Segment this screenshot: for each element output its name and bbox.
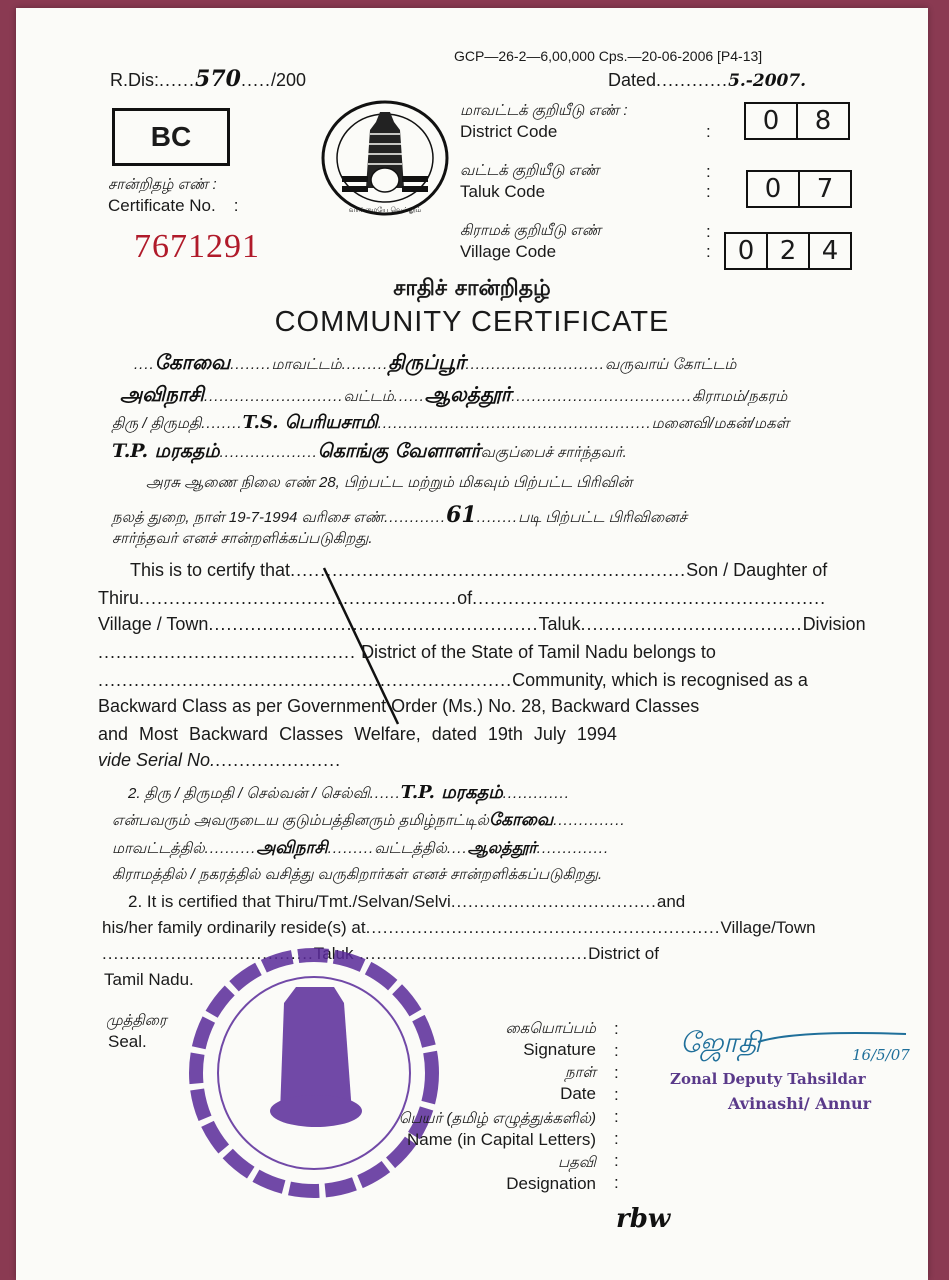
district-code-box: 0 8 bbox=[744, 102, 850, 140]
signature-date: 16/5/07 bbox=[852, 1046, 910, 1064]
code-digit: 4 bbox=[808, 234, 850, 268]
tamil-para-1: அரசு ஆணை நிலை எண் 28, பிற்பட்ட மற்றும் ம… bbox=[146, 474, 632, 493]
code-digit: 2 bbox=[766, 234, 808, 268]
tamil-line-community: T.P. மரகதம்...................கொங்கு வேள… bbox=[112, 440, 627, 465]
category-box: BC bbox=[112, 108, 230, 166]
tamil2-line-3: மாவட்டத்தில்..........அவிநாசி.........வட… bbox=[112, 838, 609, 860]
tamil-line-parent: திரு / திருமதி........T.S. பெரியசாமி....… bbox=[112, 412, 789, 435]
english-line-5: ........................................… bbox=[98, 670, 808, 691]
colon: : bbox=[706, 122, 711, 142]
date-label-en: Date bbox=[436, 1084, 596, 1104]
code-digit: 0 bbox=[726, 234, 766, 268]
taluk-code-label-en: Taluk Code bbox=[460, 182, 545, 202]
village-code-label-en: Village Code bbox=[460, 242, 556, 262]
colon: : bbox=[706, 242, 711, 262]
seal-label-ta: முத்திரை bbox=[106, 1012, 167, 1031]
code-digit: 8 bbox=[796, 104, 848, 138]
official-seal-stamp-icon bbox=[184, 943, 444, 1203]
tamil-para-2: நலத் துறை, நாள் 19-7-1994 வரிசை எண்.....… bbox=[112, 502, 687, 528]
english-line-8: vide Serial No...................... bbox=[98, 750, 341, 771]
rdis-field: R.Dis:......570...../200 bbox=[110, 66, 306, 92]
handwritten-signature: ஜோதி bbox=[680, 1026, 761, 1063]
colon: : bbox=[706, 222, 711, 242]
name-label-ta: பெயர் (தமிழ் எழுத்துக்களில்) bbox=[316, 1110, 596, 1129]
strike-line bbox=[316, 564, 406, 734]
rdis-suffix: /200 bbox=[271, 70, 306, 90]
village-code-box: 0 2 4 bbox=[724, 232, 852, 270]
signature-flourish bbox=[756, 1026, 916, 1046]
code-digit: 7 bbox=[798, 172, 850, 206]
certificate-number: 7671291 bbox=[134, 228, 260, 266]
code-digit: 0 bbox=[746, 104, 796, 138]
seal-label-en: Seal. bbox=[108, 1032, 147, 1052]
rdis-label: R.Dis: bbox=[110, 70, 159, 90]
name-label-en: Name (in Capital Letters) bbox=[316, 1130, 596, 1150]
date-label-ta: நாள் bbox=[436, 1064, 596, 1083]
title-english: COMMUNITY CERTIFICATE bbox=[16, 306, 928, 339]
footer-colons: : : : : : : : : bbox=[614, 1018, 619, 1194]
title-tamil: சாதிச் சான்றிதழ் bbox=[16, 276, 928, 304]
tamil-nadu-emblem-icon: வாய்மையே வெல்லும் bbox=[318, 100, 452, 222]
english2-line-4: Tamil Nadu. bbox=[104, 970, 194, 990]
district-code-label-ta: மாவட்டக் குறியீடு எண் : bbox=[460, 102, 628, 121]
taluk-code-box: 0 7 bbox=[746, 170, 852, 208]
village-code-label-ta: கிராமக் குறியீடு எண் bbox=[460, 222, 601, 241]
district-code-label-en: District Code bbox=[460, 122, 557, 142]
dated-field: Dated............5.-2007. bbox=[608, 70, 806, 91]
tamil2-line-4: கிராமத்தில் / நகரத்தில் வசித்து வருகிறார… bbox=[112, 866, 602, 885]
tamil-line-taluk: அவிநாசி...........................வட்டம்… bbox=[120, 382, 787, 409]
rdis-value: 570 bbox=[195, 66, 241, 92]
certificate-no-label-ta: சான்றிதழ் எண் : bbox=[108, 176, 217, 195]
designation-stamp-line-1: Zonal Deputy Tahsildar bbox=[670, 1070, 866, 1088]
category-code: BC bbox=[151, 121, 191, 153]
designation-label-ta: பதவி bbox=[436, 1154, 596, 1173]
certificate-paper: R.Dis:......570...../200 BC சான்றிதழ் எண… bbox=[16, 8, 928, 1280]
print-code: GCP—26-2—6,00,000 Cps.—20-06-2006 [P4-13… bbox=[454, 48, 762, 64]
designation-label-en: Designation bbox=[436, 1174, 596, 1194]
designation-stamp-line-2: Avinashi/ Annur bbox=[728, 1094, 871, 1113]
english-line-2: Thiru...................................… bbox=[98, 588, 826, 609]
english-line-1: This is to certify that.................… bbox=[130, 560, 827, 581]
svg-text:வாய்மையே வெல்லும்: வாய்மையே வெல்லும் bbox=[349, 206, 422, 214]
colon: : bbox=[706, 182, 711, 202]
handwritten-initials: rbw bbox=[616, 1204, 670, 1234]
tamil-line-district: ....கோவை........மாவட்டம்.........திருப்ப… bbox=[134, 350, 736, 377]
english2-line-2: his/her family ordinarily reside(s) at..… bbox=[102, 918, 816, 938]
colon: : bbox=[706, 162, 711, 182]
signature-label-ta: கையொப்பம் bbox=[436, 1020, 596, 1039]
english-line-3: Village / Town..........................… bbox=[98, 614, 866, 635]
code-digit: 0 bbox=[748, 172, 798, 206]
tamil2-line-1: 2. திரு / திருமதி / செல்வன் / செல்வி....… bbox=[128, 782, 570, 805]
certificate-no-label-en: Certificate No.: bbox=[108, 196, 238, 216]
tamil-para-3: சார்ந்தவர் எனச் சான்றளிக்கப்படுகிறது. bbox=[112, 530, 373, 549]
english-line-4: ........................................… bbox=[98, 642, 716, 663]
english2-line-1: 2. It is certified that Thiru/Tmt./Selva… bbox=[128, 892, 685, 912]
taluk-code-label-ta: வட்டக் குறியீடு எண் bbox=[460, 162, 599, 181]
tamil2-line-2: என்பவரும் அவருடைய குடும்பத்தினரும் தமிழ்… bbox=[112, 810, 626, 832]
signature-label-en: Signature bbox=[436, 1040, 596, 1060]
